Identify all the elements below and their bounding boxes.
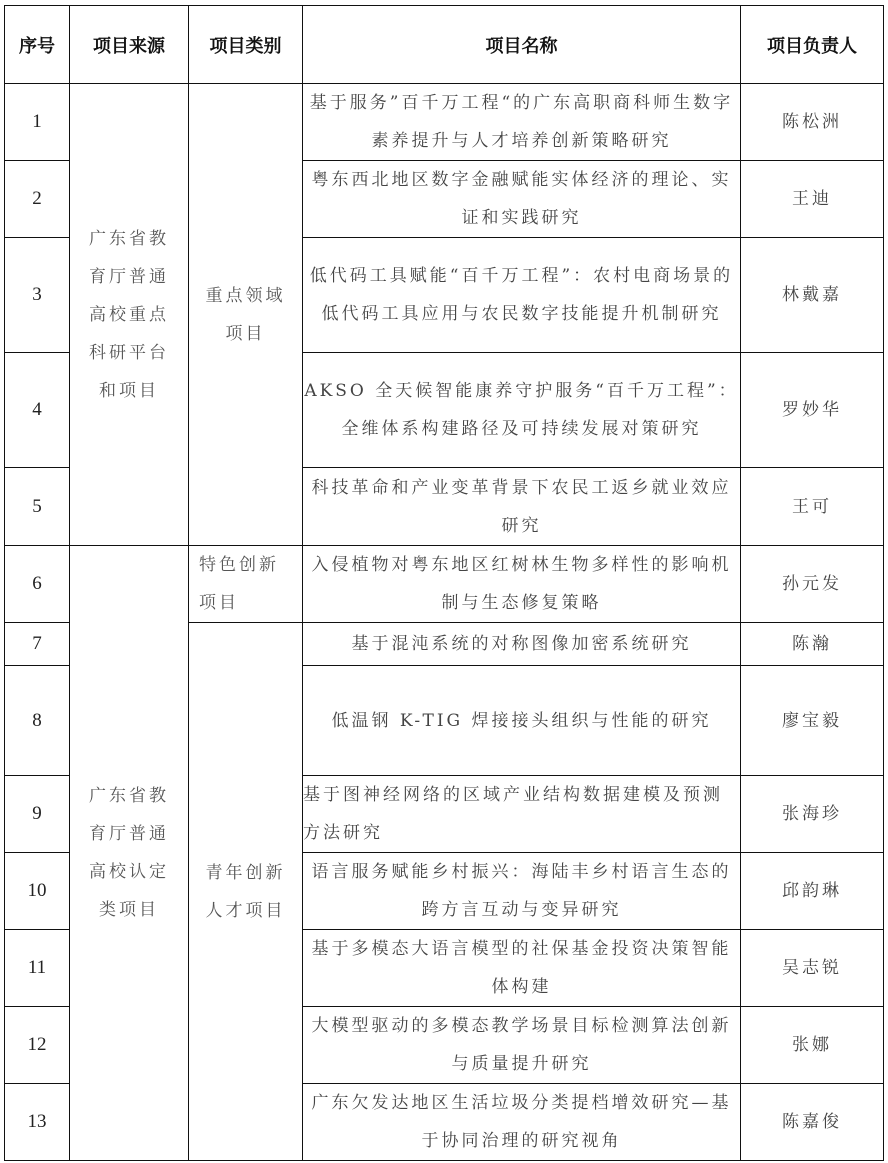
row-index: 9 [5, 776, 70, 853]
header-category: 项目类别 [189, 6, 303, 84]
project-lead: 张娜 [741, 1007, 884, 1084]
project-name: 广东欠发达地区生活垃圾分类提档增效研究—基于协同治理的研究视角 [303, 1084, 741, 1161]
project-lead: 林戴嘉 [741, 238, 884, 353]
table-row: 1 广东省教育厅普通高校重点科研平台和项目 重点领域项目 基于服务”百千万工程“… [5, 84, 884, 161]
row-index: 7 [5, 623, 70, 666]
project-name: 基于混沌系统的对称图像加密系统研究 [303, 623, 741, 666]
row-index: 10 [5, 853, 70, 930]
table-row: 6 广东省教育厅普通高校认定类项目 特色创新项目 入侵植物对粤东地区红树林生物多… [5, 546, 884, 623]
row-index: 8 [5, 666, 70, 776]
row-index: 1 [5, 84, 70, 161]
project-lead: 邱韵琳 [741, 853, 884, 930]
project-name: 语言服务赋能乡村振兴：海陆丰乡村语言生态的跨方言互动与变异研究 [303, 853, 741, 930]
category-cell: 特色创新项目 [189, 546, 303, 623]
source-cell: 广东省教育厅普通高校重点科研平台和项目 [70, 84, 189, 546]
project-name: 基于多模态大语言模型的社保基金投资决策智能体构建 [303, 930, 741, 1007]
project-lead: 罗妙华 [741, 353, 884, 468]
project-name: 入侵植物对粤东地区红树林生物多样性的影响机制与生态修复策略 [303, 546, 741, 623]
row-index: 3 [5, 238, 70, 353]
row-index: 5 [5, 468, 70, 546]
project-lead: 王可 [741, 468, 884, 546]
category-cell: 重点领域项目 [189, 84, 303, 546]
project-lead: 陈嘉俊 [741, 1084, 884, 1161]
project-lead: 陈松洲 [741, 84, 884, 161]
header-index: 序号 [5, 6, 70, 84]
header-row: 序号 项目来源 项目类别 项目名称 项目负责人 [5, 6, 884, 84]
project-lead: 孙元发 [741, 546, 884, 623]
project-lead: 王迪 [741, 161, 884, 238]
project-lead: 张海珍 [741, 776, 884, 853]
project-name: 低代码工具赋能“百千万工程”：农村电商场景的低代码工具应用与农民数字技能提升机制… [303, 238, 741, 353]
row-index: 11 [5, 930, 70, 1007]
project-name: 粤东西北地区数字金融赋能实体经济的理论、实证和实践研究 [303, 161, 741, 238]
project-lead: 吴志锐 [741, 930, 884, 1007]
source-cell: 广东省教育厅普通高校认定类项目 [70, 546, 189, 1161]
project-name: 大模型驱动的多模态教学场景目标检测算法创新与质量提升研究 [303, 1007, 741, 1084]
row-index: 4 [5, 353, 70, 468]
category-cell: 青年创新人才项目 [189, 623, 303, 1161]
row-index: 6 [5, 546, 70, 623]
header-source: 项目来源 [70, 6, 189, 84]
project-table: 序号 项目来源 项目类别 项目名称 项目负责人 1 广东省教育厅普通高校重点科研… [4, 5, 884, 1161]
row-index: 12 [5, 1007, 70, 1084]
project-lead: 陈瀚 [741, 623, 884, 666]
project-name: 基于图神经网络的区域产业结构数据建模及预测方法研究 [303, 776, 741, 853]
row-index: 2 [5, 161, 70, 238]
project-name: 科技革命和产业变革背景下农民工返乡就业效应研究 [303, 468, 741, 546]
header-lead: 项目负责人 [741, 6, 884, 84]
header-name: 项目名称 [303, 6, 741, 84]
project-name: 基于服务”百千万工程“的广东高职商科师生数字素养提升与人才培养创新策略研究 [303, 84, 741, 161]
project-name: AKSO 全天候智能康养守护服务“百千万工程”：全维体系构建路径及可持续发展对策… [303, 353, 741, 468]
project-lead: 廖宝毅 [741, 666, 884, 776]
project-name: 低温钢 K-TIG 焊接接头组织与性能的研究 [303, 666, 741, 776]
row-index: 13 [5, 1084, 70, 1161]
